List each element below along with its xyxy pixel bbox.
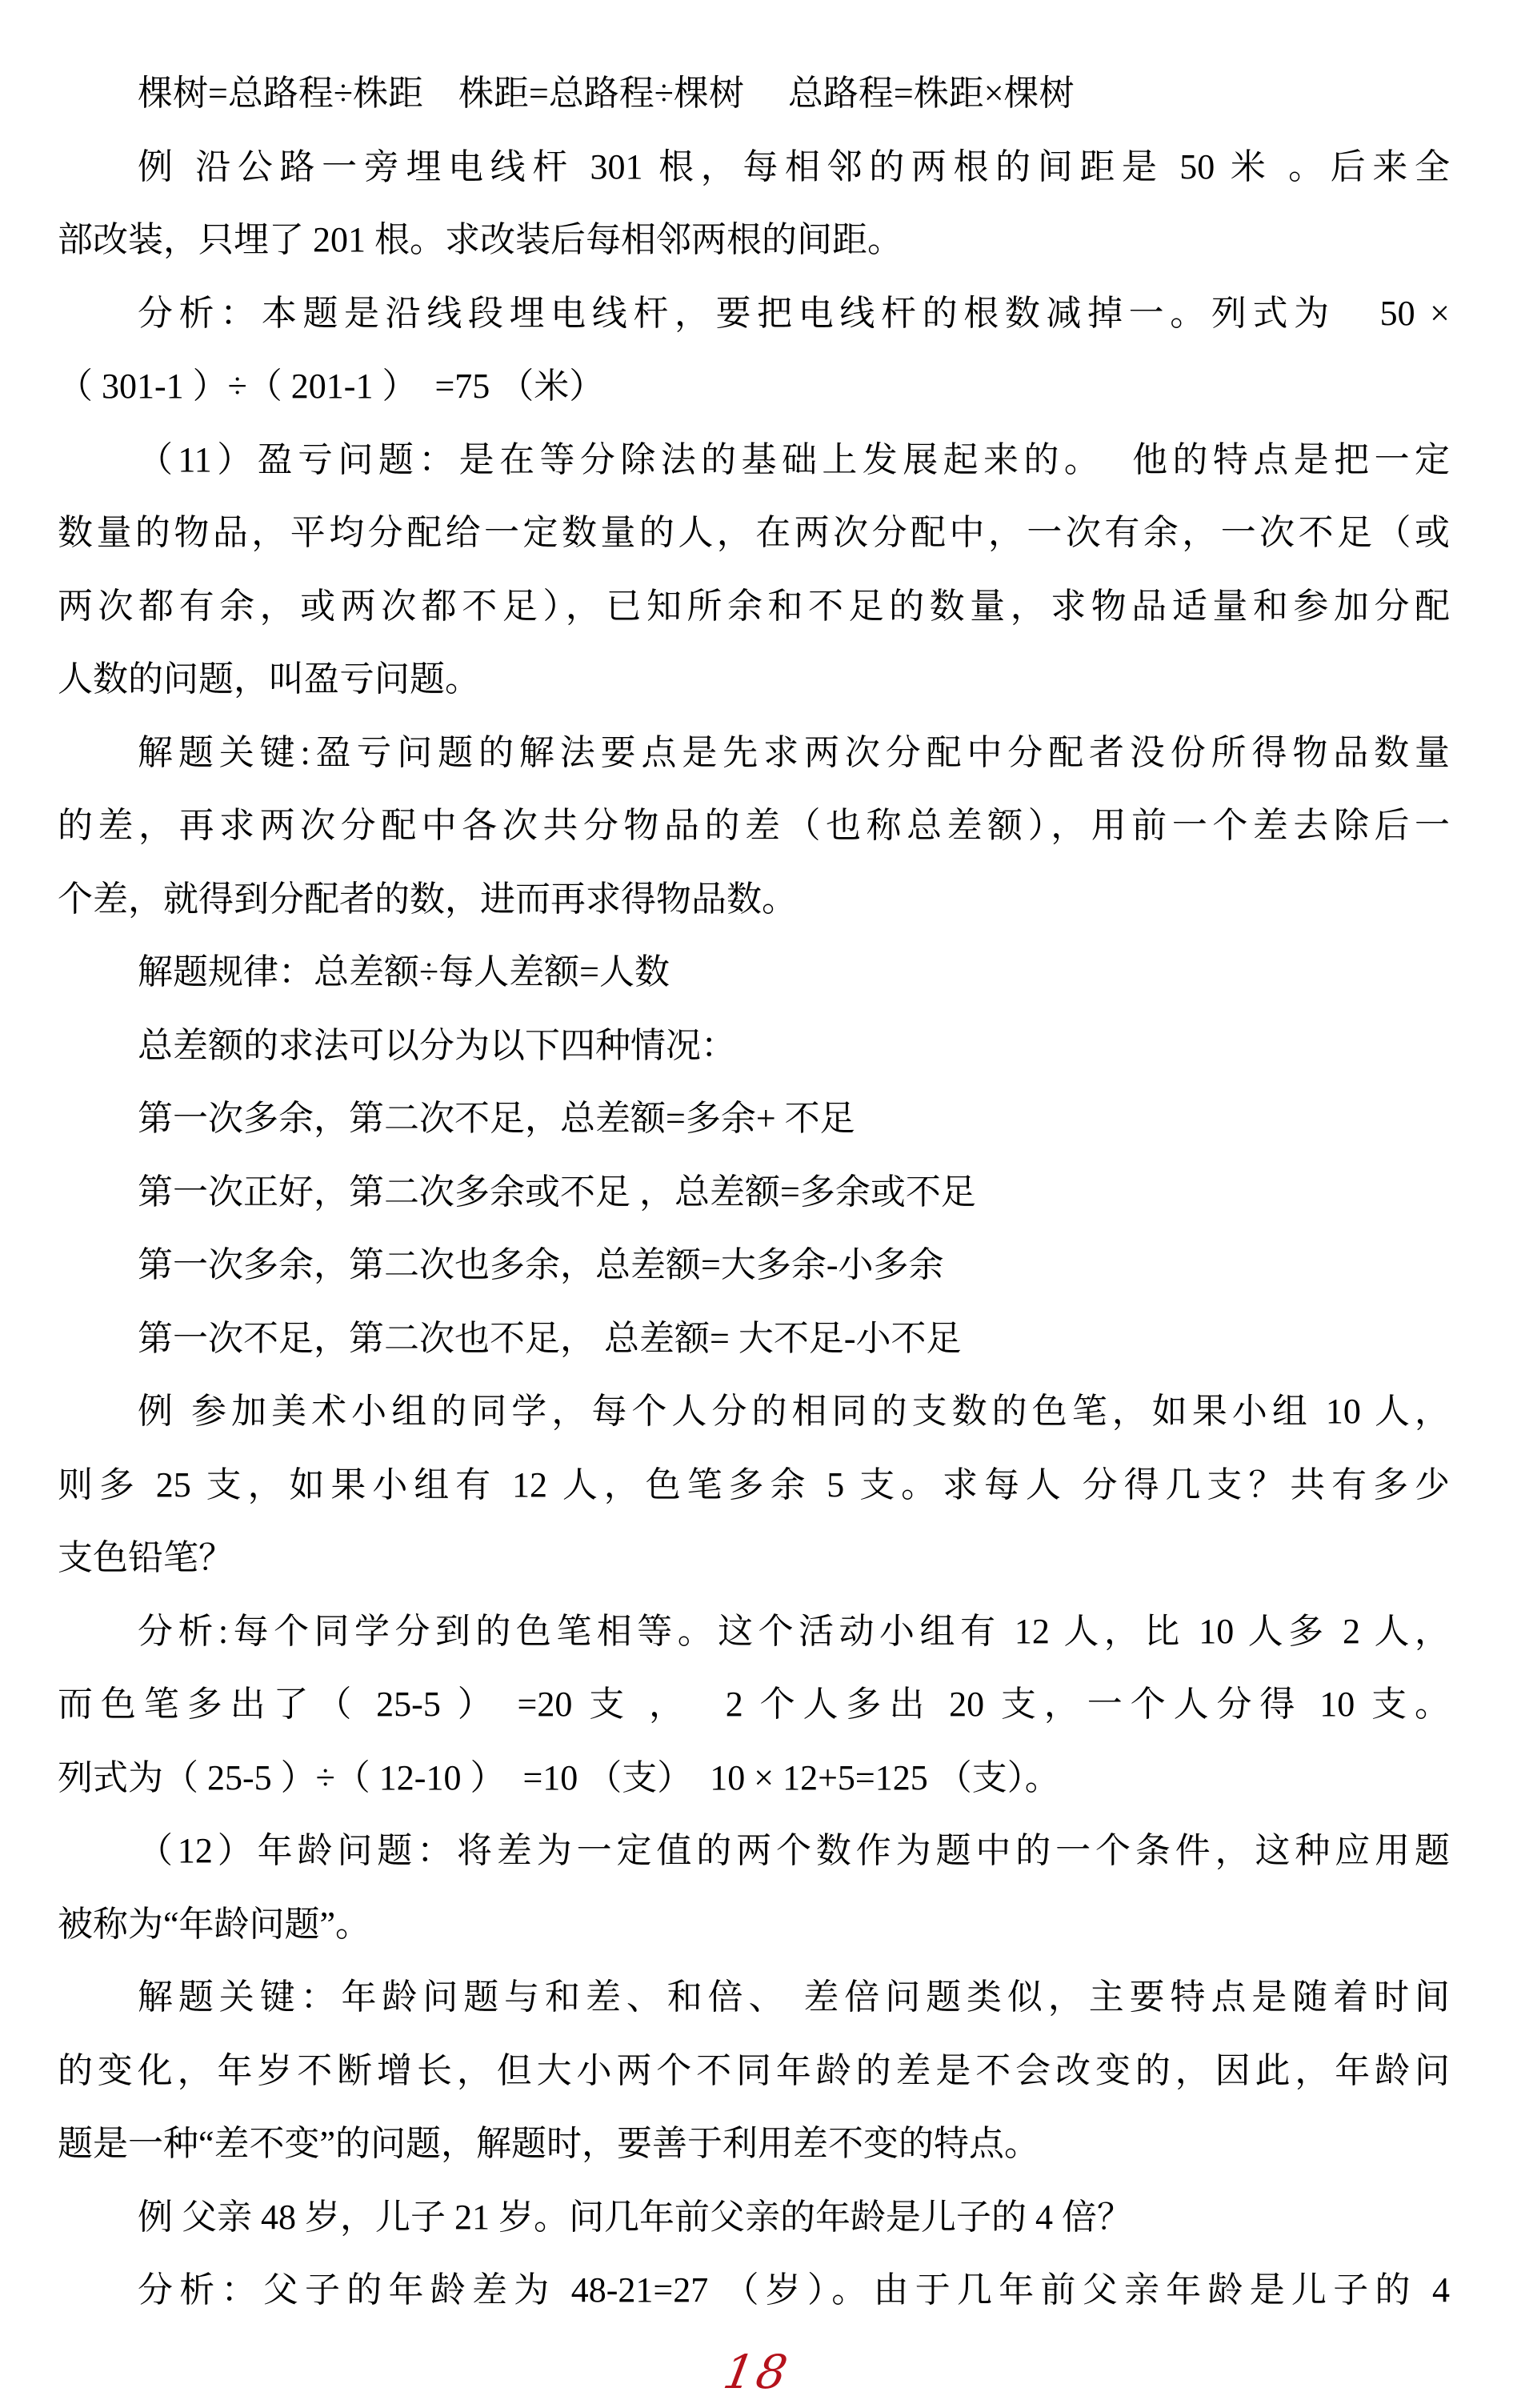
text-line: 列式为（ 25-5 ）÷（ 12-10 ） =10 （支） 10 × 12+5=… — [58, 1741, 1450, 1815]
text-line: 两次都有余，或两次都不足），已知所余和不足的数量，求物品适量和参加分配 — [58, 570, 1450, 643]
text-line: 解题关键：年龄问题与和差、和倍、 差倍问题类似，主要特点是随着时间 — [58, 1961, 1450, 2034]
text-line: 数量的物品，平均分配给一定数量的人，在两次分配中，一次有余，一次不足（或 — [58, 496, 1450, 570]
text-line: 例 参加美术小组的同学，每个人分的相同的支数的色笔，如果小组 10 人， — [58, 1375, 1450, 1448]
page-number: 18 — [719, 2345, 795, 2399]
text-line: 分析:每个同学分到的色笔相等。这个活动小组有 12 人，比 10 人多 2 人， — [58, 1595, 1450, 1669]
text-line: 部改装，只埋了 201 根。求改装后每相邻两根的间距。 — [58, 203, 1450, 277]
text-line: 第一次多余，第二次也多余，总差额=大多余-小多余 — [58, 1228, 1450, 1302]
text-line: 而色笔多出了（ 25-5 ） =20 支 ， 2 个人多出 20 支，一个人分得… — [58, 1668, 1450, 1741]
text-line: 的变化，年岁不断增长，但大小两个不同年龄的差是不会改变的，因此，年龄问 — [58, 2034, 1450, 2108]
text-line: 个差，就得到分配者的数，进而再求得物品数。 — [58, 863, 1450, 936]
text-line: （12）年龄问题：将差为一定值的两个数作为题中的一个条件，这种应用题 — [58, 1814, 1450, 1888]
text-line: 解题关键:盈亏问题的解法要点是先求两次分配中分配者没份所得物品数量 — [58, 716, 1450, 790]
text-line: 例 父亲 48 岁，儿子 21 岁。问几年前父亲的年龄是儿子的 4 倍？ — [58, 2181, 1450, 2254]
text-line: 人数的问题，叫盈亏问题。 — [58, 643, 1450, 716]
text-line: 第一次不足，第二次也不足， 总差额= 大不足-小不足 — [58, 1302, 1450, 1376]
text-line: 的差，再求两次分配中各次共分物品的差（也称总差额），用前一个差去除后一 — [58, 789, 1450, 863]
text-line: （11）盈亏问题：是在等分除法的基础上发展起来的。 他的特点是把一定 — [58, 423, 1450, 497]
text-line: 被称为“年龄问题”。 — [58, 1888, 1450, 1961]
text-line: 第一次正好，第二次多余或不足 ，总差额=多余或不足 — [58, 1156, 1450, 1229]
text-line: 解题规律：总差额÷每人差额=人数 — [58, 936, 1450, 1009]
text-line: 则多 25 支，如果小组有 12 人，色笔多余 5 支。求每人 分得几支？共有多… — [58, 1448, 1450, 1522]
text-line: 分析：本题是沿线段埋电线杆，要把电线杆的根数减掉一。列式为 50 × — [58, 277, 1450, 351]
text-line: 第一次多余，第二次不足，总差额=多余+ 不足 — [58, 1082, 1450, 1156]
text-line: 例 沿公路一旁埋电线杆 301 根，每相邻的两根的间距是 50 米 。后来全 — [58, 130, 1450, 204]
text-line: 棵树=总路程÷株距 株距=总路程÷棵树 总路程=株距×棵树 — [58, 57, 1450, 130]
text-line: 题是一种“差不变”的问题，解题时，要善于利用差不变的特点。 — [58, 2107, 1450, 2181]
document-page: 棵树=总路程÷株距 株距=总路程÷棵树 总路程=株距×棵树例 沿公路一旁埋电线杆… — [0, 0, 1513, 2408]
text-line: 总差额的求法可以分为以下四种情况： — [58, 1009, 1450, 1083]
document-lines: 棵树=总路程÷株距 株距=总路程÷棵树 总路程=株距×棵树例 沿公路一旁埋电线杆… — [58, 57, 1450, 2327]
text-line: 分析：父子的年龄差为 48-21=27 （岁）。由于几年前父亲年龄是儿子的 4 — [58, 2254, 1450, 2327]
text-line: 支色铅笔？ — [58, 1521, 1450, 1595]
text-line: （ 301-1 ）÷（ 201-1 ） =75 （米） — [58, 350, 1450, 423]
